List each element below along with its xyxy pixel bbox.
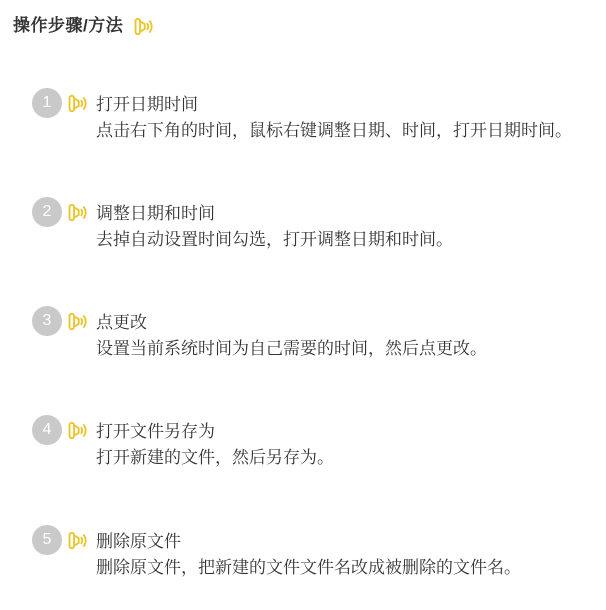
step-description: 去掉自动设置时间勾选，打开调整日期和时间。 [96, 229, 453, 250]
step-number-badge: 3 [32, 306, 62, 336]
step-description: 删除原文件，把新建的文件文件名改成被删除的文件名。 [96, 557, 521, 578]
step-item-4: 4 打开文件另存为 打开新建的文件，然后另存为。 [0, 415, 606, 473]
speaker-icon[interactable] [67, 419, 90, 442]
step-item-3: 3 点更改 设置当前系统时间为自己需要的时间，然后点更改。 [0, 306, 606, 364]
speaker-icon[interactable] [67, 310, 90, 333]
step-description: 设置当前系统时间为自己需要的时间，然后点更改。 [96, 338, 487, 359]
step-title: 打开文件另存为 [96, 421, 215, 442]
steps-list: 1 打开日期时间 点击右下角的时间，鼠标右键调整日期、时间，打开日期时间。 2 … [0, 0, 606, 610]
step-item-2: 2 调整日期和时间 去掉自动设置时间勾选，打开调整日期和时间。 [0, 197, 606, 255]
step-title: 点更改 [96, 312, 147, 333]
step-title: 删除原文件 [96, 531, 181, 552]
step-number-badge: 5 [32, 525, 62, 555]
step-item-1: 1 打开日期时间 点击右下角的时间，鼠标右键调整日期、时间，打开日期时间。 [0, 88, 606, 146]
speaker-icon[interactable] [67, 201, 90, 224]
speaker-icon[interactable] [67, 529, 90, 552]
step-description: 点击右下角的时间，鼠标右键调整日期、时间，打开日期时间。 [96, 120, 572, 141]
step-title: 打开日期时间 [96, 94, 198, 115]
step-item-5: 5 删除原文件 删除原文件，把新建的文件文件名改成被删除的文件名。 [0, 525, 606, 583]
step-number-badge: 1 [32, 88, 62, 118]
speaker-icon[interactable] [67, 92, 90, 115]
step-number-badge: 2 [32, 197, 62, 227]
step-number-badge: 4 [32, 415, 62, 445]
step-title: 调整日期和时间 [96, 203, 215, 224]
step-description: 打开新建的文件，然后另存为。 [96, 447, 334, 468]
